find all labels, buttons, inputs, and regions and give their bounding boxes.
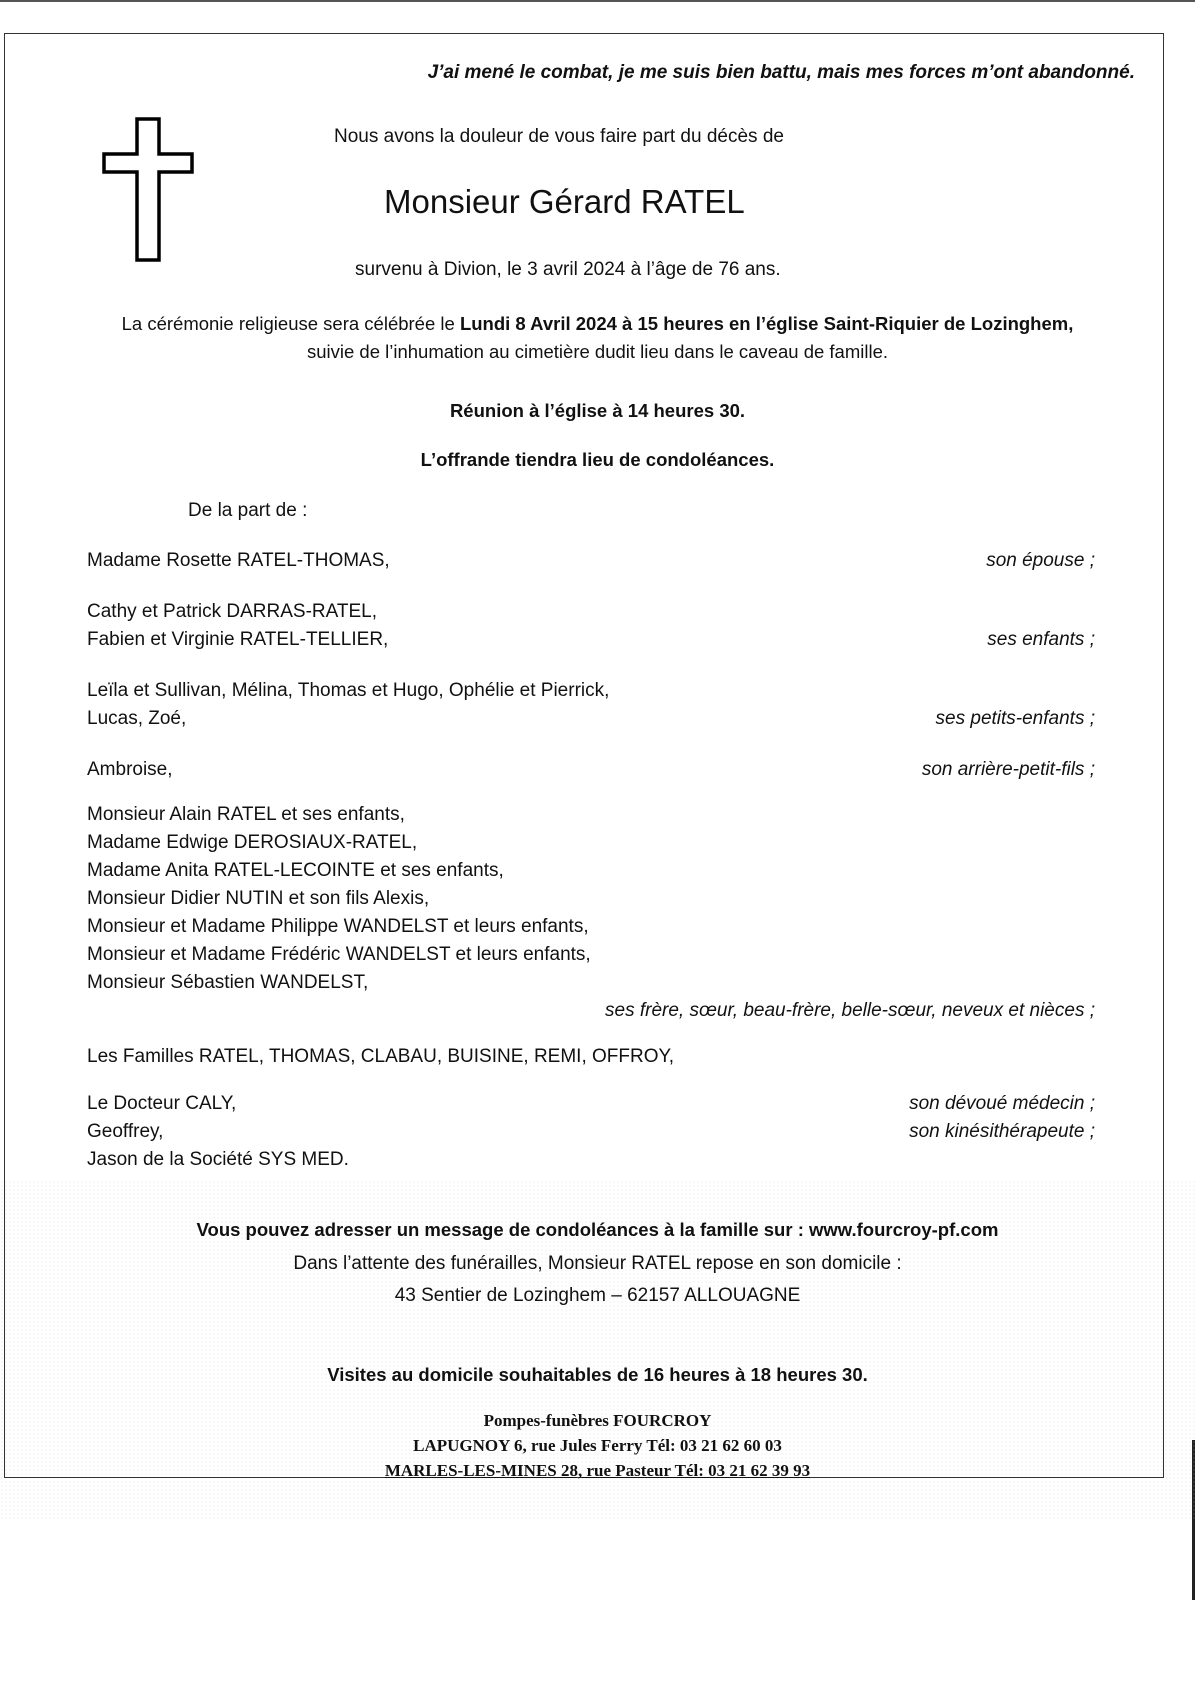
family-name: Leïla et Sullivan, Mélina, Thomas et Hug…: [87, 681, 609, 700]
family-name: Le Docteur CALY,: [87, 1094, 236, 1113]
ceremony-line1: La cérémonie religieuse sera célébrée le…: [0, 315, 1195, 334]
repose-address: 43 Sentier de Lozinghem – 62157 ALLOUAGN…: [0, 1286, 1195, 1305]
page-top-edge: [0, 0, 1195, 2]
family-name: Monsieur Didier NUTIN et son fils Alexis…: [87, 889, 429, 908]
relation-label: son dévoué médecin ;: [495, 1094, 1095, 1113]
epigraph: J’ai mené le combat, je me suis bien bat…: [428, 63, 1135, 82]
funeral-home-address-1: LAPUGNOY 6, rue Jules Ferry Tél: 03 21 6…: [0, 1437, 1195, 1454]
relation-label: son kinésithérapeute ;: [495, 1122, 1095, 1141]
ceremony-prefix: La cérémonie religieuse sera célébrée le: [122, 313, 460, 334]
repose-line: Dans l’attente des funérailles, Monsieur…: [0, 1254, 1195, 1273]
offering-note: L’offrande tiendra lieu de condoléances.: [0, 451, 1195, 470]
visits-hours: Visites au domicile souhaitables de 16 h…: [0, 1366, 1195, 1385]
family-name: Monsieur et Madame Philippe WANDELST et …: [87, 917, 589, 936]
family-name: Monsieur Alain RATEL et ses enfants,: [87, 805, 405, 824]
funeral-home-name: Pompes-funèbres FOURCROY: [0, 1412, 1195, 1429]
cross-icon: [100, 117, 196, 263]
family-name: Madame Edwige DEROSIAUX-RATEL,: [87, 833, 417, 852]
family-name: Ambroise,: [87, 760, 173, 779]
relation-label: ses frère, sœur, beau-frère, belle-sœur,…: [395, 1001, 1095, 1020]
family-name: Madame Rosette RATEL-THOMAS,: [87, 551, 390, 570]
funeral-home-address-2: MARLES-LES-MINES 28, rue Pasteur Tél: 03…: [0, 1462, 1195, 1479]
family-name: Fabien et Virginie RATEL-TELLIER,: [87, 630, 388, 649]
ceremony-line2: suivie de l’inhumation au cimetière dudi…: [0, 343, 1195, 362]
from-label: De la part de :: [188, 501, 307, 520]
condolences-message: Vous pouvez adresser un message de condo…: [0, 1221, 1195, 1240]
relation-label: son épouse ;: [495, 551, 1095, 570]
families-list: Les Familles RATEL, THOMAS, CLABAU, BUIS…: [87, 1047, 674, 1066]
family-name: Madame Anita RATEL-LECOINTE et ses enfan…: [87, 861, 504, 880]
announcement: Nous avons la douleur de vous faire part…: [334, 127, 784, 146]
family-name: Lucas, Zoé,: [87, 709, 186, 728]
family-name: Geoffrey,: [87, 1122, 163, 1141]
meeting-time: Réunion à l’église à 14 heures 30.: [0, 402, 1195, 421]
relation-label: son arrière-petit-fils ;: [495, 760, 1095, 779]
family-name: Monsieur et Madame Frédéric WANDELST et …: [87, 945, 591, 964]
death-details: survenu à Divion, le 3 avril 2024 à l’âg…: [355, 260, 781, 279]
ceremony-date-place: Lundi 8 Avril 2024 à 15 heures en l’égli…: [460, 313, 1073, 334]
relation-label: ses enfants ;: [495, 630, 1095, 649]
relation-label: ses petits-enfants ;: [495, 709, 1095, 728]
family-name: Cathy et Patrick DARRAS-RATEL,: [87, 602, 377, 621]
family-name: Monsieur Sébastien WANDELST,: [87, 973, 368, 992]
family-name: Jason de la Société SYS MED.: [87, 1150, 349, 1169]
deceased-name: Monsieur Gérard RATEL: [384, 185, 745, 218]
